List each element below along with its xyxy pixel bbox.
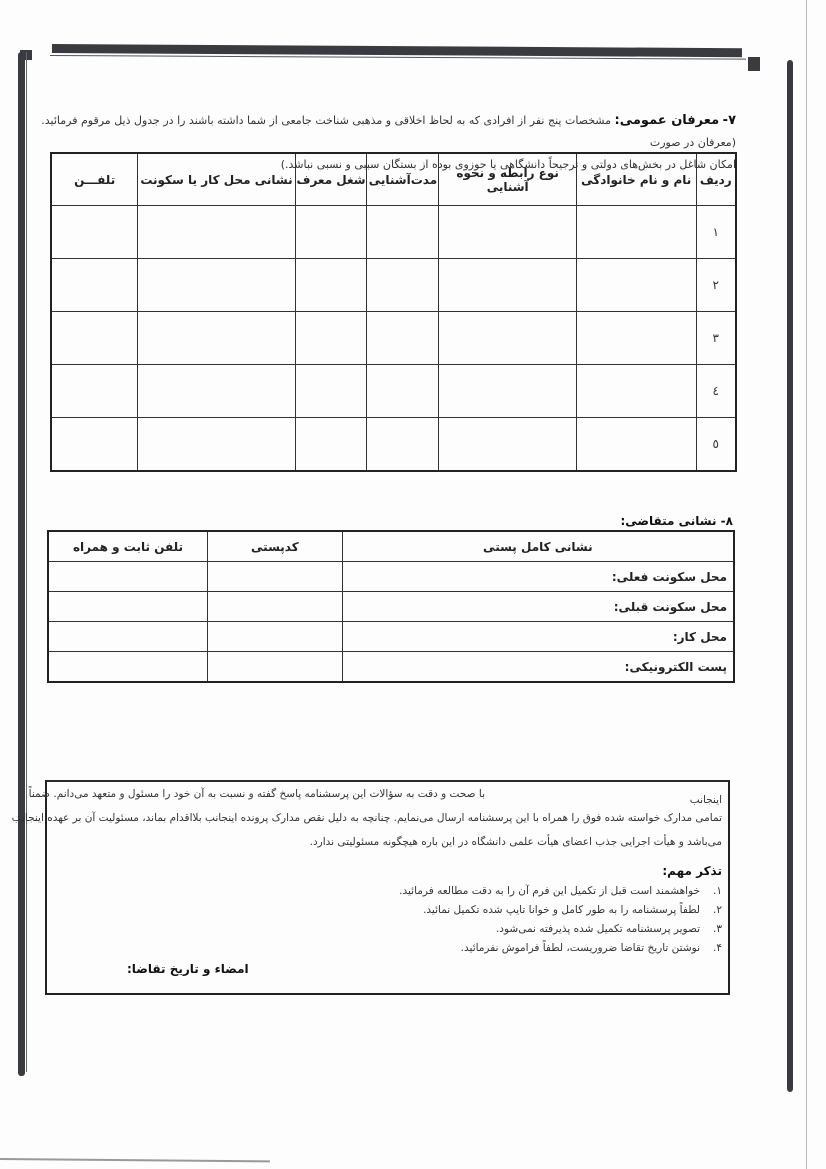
col-header-postal-address: نشانی کامل پستی	[342, 531, 734, 562]
phone-field[interactable]	[48, 562, 208, 592]
phone-field[interactable]	[48, 652, 208, 683]
declaration-line1-start: اینجانب	[690, 794, 722, 806]
table-row: ٢	[51, 259, 736, 312]
duration-field[interactable]	[367, 259, 439, 312]
phone-field[interactable]	[51, 206, 138, 259]
postal-code-field[interactable]	[208, 622, 343, 652]
signature-date-field[interactable]: امضاء و تاریخ تقاضا:	[127, 962, 249, 976]
note-number: ۴.	[700, 939, 722, 958]
phone-field[interactable]	[51, 312, 138, 365]
email-field[interactable]: پست الکترونیکی:	[342, 652, 734, 683]
phone-field[interactable]	[48, 592, 208, 622]
col-header-full-name: نام و نام خانوادگی	[576, 153, 696, 206]
current-residence-field[interactable]: محل سکونت فعلی:	[342, 562, 734, 592]
referees-table: ردیف نام و نام خانوادگی نوع رابطه و نحوه…	[50, 152, 737, 472]
address-field[interactable]	[138, 259, 295, 312]
phone-field[interactable]	[51, 418, 138, 472]
table-row: پست الکترونیکی:	[48, 652, 734, 683]
duration-field[interactable]	[367, 312, 439, 365]
col-header-occupation: شغل معرف	[295, 153, 367, 206]
full-name-field[interactable]	[576, 259, 696, 312]
declaration-box: اینجانب با صحت و دقت به سؤالات این پرسشن…	[45, 780, 730, 995]
duration-field[interactable]	[367, 365, 439, 418]
phone-field[interactable]	[51, 259, 138, 312]
table-row: ١	[51, 206, 736, 259]
workplace-field[interactable]: محل کار:	[342, 622, 734, 652]
section8-title: ۸- نشانی متقاضی:	[620, 514, 733, 528]
postal-code-field[interactable]	[208, 652, 343, 683]
page-border-right	[787, 60, 793, 1092]
col-header-postal-code: کدپستی	[208, 531, 343, 562]
phone-field[interactable]	[51, 365, 138, 418]
notes-list: ١.خواهشمند است قبل از تکمیل این فرم آن ر…	[399, 882, 722, 958]
relation-field[interactable]	[439, 365, 576, 418]
note-text: لطفاً پرسشنامه را به طور کامل و خوانا تا…	[423, 904, 700, 916]
note-text: خواهشمند است قبل از تکمیل این فرم آن را …	[399, 885, 700, 897]
row-number: ٣	[696, 312, 736, 365]
occupation-field[interactable]	[295, 365, 367, 418]
declaration-line1-rest: با صحت و دقت به سؤالات این پرسشنامه پاسخ…	[29, 788, 485, 800]
declaration-line2: تمامی مدارک خواسته شده فوق را همراه با ا…	[12, 812, 722, 824]
address-field[interactable]	[138, 365, 295, 418]
occupation-field[interactable]	[295, 206, 367, 259]
address-field[interactable]	[138, 312, 295, 365]
col-header-phone-mobile: تلفن ثابت و همراه	[48, 531, 208, 562]
postal-code-field[interactable]	[208, 562, 343, 592]
full-name-field[interactable]	[576, 418, 696, 472]
col-header-acquaintance-duration: مدت‌آشنایی	[367, 153, 439, 206]
address-field[interactable]	[138, 206, 295, 259]
page-border-corner-right	[748, 57, 760, 71]
row-number: ١	[696, 206, 736, 259]
address-table-header: نشانی کامل پستی کدپستی تلفن ثابت و همراه	[48, 531, 734, 562]
relation-field[interactable]	[439, 259, 576, 312]
note-number: ٣.	[700, 920, 722, 939]
section7-intro-line1: ۷- معرفان عمومی: مشخصات پنج نفر از افراد…	[30, 110, 736, 154]
list-item: ٣.تصویر پرسشنامه تکمیل شده پذیرفته نمی‌ش…	[399, 920, 722, 939]
notes-title: تذکر مهم:	[662, 864, 722, 878]
occupation-field[interactable]	[295, 418, 367, 472]
previous-residence-field[interactable]: محل سکونت قبلی:	[342, 592, 734, 622]
col-header-row-number: ردیف	[696, 153, 736, 206]
relation-field[interactable]	[439, 418, 576, 472]
relation-field[interactable]	[439, 206, 576, 259]
table-row: محل سکونت فعلی:	[48, 562, 734, 592]
note-text: تصویر پرسشنامه تکمیل شده پذیرفته نمی‌شود…	[496, 923, 700, 935]
list-item: ۴.نوشتن تاریخ تقاضا ضروریست، لطفاً فرامو…	[399, 939, 722, 958]
note-number: ٢.	[700, 901, 722, 920]
duration-field[interactable]	[367, 418, 439, 472]
scan-bottom-edge	[0, 1158, 270, 1162]
occupation-field[interactable]	[295, 259, 367, 312]
page-border-left	[18, 52, 25, 1076]
table-row: محل کار:	[48, 622, 734, 652]
row-number: ٢	[696, 259, 736, 312]
table-row: محل سکونت قبلی:	[48, 592, 734, 622]
list-item: ١.خواهشمند است قبل از تکمیل این فرم آن ر…	[399, 882, 722, 901]
occupation-field[interactable]	[295, 312, 367, 365]
table-row: ٥	[51, 418, 736, 472]
phone-field[interactable]	[48, 622, 208, 652]
address-field[interactable]	[138, 418, 295, 472]
col-header-relation: نوع رابطه و نحوه آشنایی	[439, 153, 576, 206]
table-row: ٤	[51, 365, 736, 418]
table-row: ٣	[51, 312, 736, 365]
col-header-phone: تلفـــن	[51, 153, 138, 206]
page-border-left-inner	[26, 52, 27, 1072]
applicant-address-table: نشانی کامل پستی کدپستی تلفن ثابت و همراه…	[47, 530, 735, 683]
declaration-line3: می‌باشد و هیأت اجرایی جذب اعضای هیأت علم…	[310, 836, 722, 848]
note-number: ١.	[700, 882, 722, 901]
row-number: ٤	[696, 365, 736, 418]
postal-code-field[interactable]	[208, 592, 343, 622]
section7-number: ۷-	[723, 113, 736, 128]
duration-field[interactable]	[367, 206, 439, 259]
referees-table-header: ردیف نام و نام خانوادگی نوع رابطه و نحوه…	[51, 153, 736, 206]
col-header-address: نشانی محل کار یا سکونت	[138, 153, 295, 206]
row-number: ٥	[696, 418, 736, 472]
full-name-field[interactable]	[576, 206, 696, 259]
section7-title: معرفان عمومی:	[615, 113, 720, 128]
scan-page-edge	[806, 0, 807, 1169]
relation-field[interactable]	[439, 312, 576, 365]
list-item: ٢.لطفاً پرسشنامه را به طور کامل و خوانا …	[399, 901, 722, 920]
note-text: نوشتن تاریخ تقاضا ضروریست، لطفاً فراموش …	[461, 942, 700, 954]
full-name-field[interactable]	[576, 365, 696, 418]
full-name-field[interactable]	[576, 312, 696, 365]
